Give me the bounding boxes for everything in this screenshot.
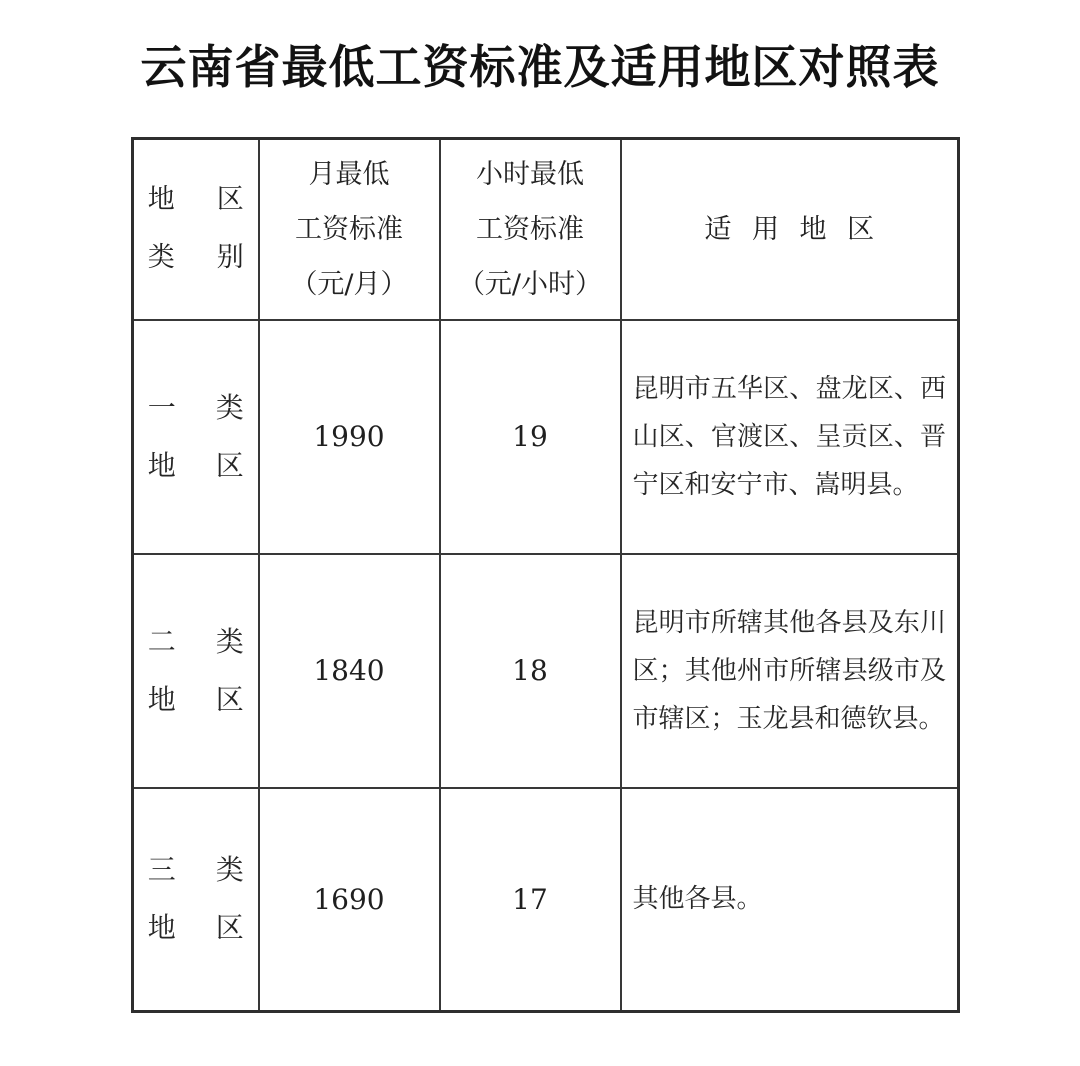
table-row-class1: 一 类 地 区 1990 19 昆明市五华区、盘龙区、西山区、官渡区、呈贡区、晋… bbox=[133, 320, 959, 554]
category-line: 二 类 bbox=[148, 613, 244, 671]
table-header-row: 地 区 类 别 月最低 工资标准 （元/月） 小时最低 工资标准 （元/小时） … bbox=[133, 139, 959, 320]
monthly-wage-value: 1690 bbox=[259, 788, 440, 1012]
category-line: 地 区 bbox=[148, 899, 244, 957]
category-cell: 三 类 地 区 bbox=[133, 788, 259, 1012]
header-line: 月最低 bbox=[260, 147, 439, 202]
page-title: 云南省最低工资标准及适用地区对照表 bbox=[0, 31, 1080, 97]
minimum-wage-table: 地 区 类 别 月最低 工资标准 （元/月） 小时最低 工资标准 （元/小时） … bbox=[131, 137, 960, 1013]
category-label-block: 一 类 地 区 bbox=[148, 379, 244, 495]
header-line: （元/小时） bbox=[441, 257, 620, 312]
header-line: 小时最低 bbox=[441, 147, 620, 202]
applicable-regions-text: 其他各县。 bbox=[633, 875, 947, 923]
applicable-regions-cell: 昆明市五华区、盘龙区、西山区、官渡区、呈贡区、晋宁区和安宁市、嵩明县。 bbox=[621, 320, 959, 554]
region-category-header-block: 地 区 类 别 bbox=[148, 171, 244, 287]
header-line: 类 别 bbox=[148, 229, 244, 287]
monthly-wage-value: 1840 bbox=[259, 554, 440, 788]
applicable-regions-text: 昆明市所辖其他各县及东川区；其他州市所辖县级市及市辖区；玉龙县和德钦县。 bbox=[633, 599, 947, 743]
hourly-wage-value: 19 bbox=[440, 320, 621, 554]
category-label-block: 二 类 地 区 bbox=[148, 613, 244, 729]
applicable-regions-text: 昆明市五华区、盘龙区、西山区、官渡区、呈贡区、晋宁区和安宁市、嵩明县。 bbox=[633, 365, 947, 509]
header-line: 工资标准 bbox=[260, 202, 439, 257]
header-line: 地 区 bbox=[148, 171, 244, 229]
table-row-class2: 二 类 地 区 1840 18 昆明市所辖其他各县及东川区；其他州市所辖县级市及… bbox=[133, 554, 959, 788]
header-line: （元/月） bbox=[260, 257, 439, 312]
applicable-regions-cell: 昆明市所辖其他各县及东川区；其他州市所辖县级市及市辖区；玉龙县和德钦县。 bbox=[621, 554, 959, 788]
category-line: 地 区 bbox=[148, 671, 244, 729]
col-header-applicable-regions: 适 用 地 区 bbox=[621, 139, 959, 320]
applicable-regions-cell: 其他各县。 bbox=[621, 788, 959, 1012]
category-line: 地 区 bbox=[148, 437, 244, 495]
col-header-monthly-wage: 月最低 工资标准 （元/月） bbox=[259, 139, 440, 320]
table-row-class3: 三 类 地 区 1690 17 其他各县。 bbox=[133, 788, 959, 1012]
category-line: 一 类 bbox=[148, 379, 244, 437]
header-line: 工资标准 bbox=[441, 202, 620, 257]
category-cell: 二 类 地 区 bbox=[133, 554, 259, 788]
col-header-region-category: 地 区 类 别 bbox=[133, 139, 259, 320]
col-header-hourly-wage: 小时最低 工资标准 （元/小时） bbox=[440, 139, 621, 320]
category-cell: 一 类 地 区 bbox=[133, 320, 259, 554]
hourly-wage-value: 18 bbox=[440, 554, 621, 788]
category-label-block: 三 类 地 区 bbox=[148, 841, 244, 957]
header-line: 适 用 地 区 bbox=[622, 202, 958, 257]
category-line: 三 类 bbox=[148, 841, 244, 899]
hourly-wage-value: 17 bbox=[440, 788, 621, 1012]
monthly-wage-value: 1990 bbox=[259, 320, 440, 554]
